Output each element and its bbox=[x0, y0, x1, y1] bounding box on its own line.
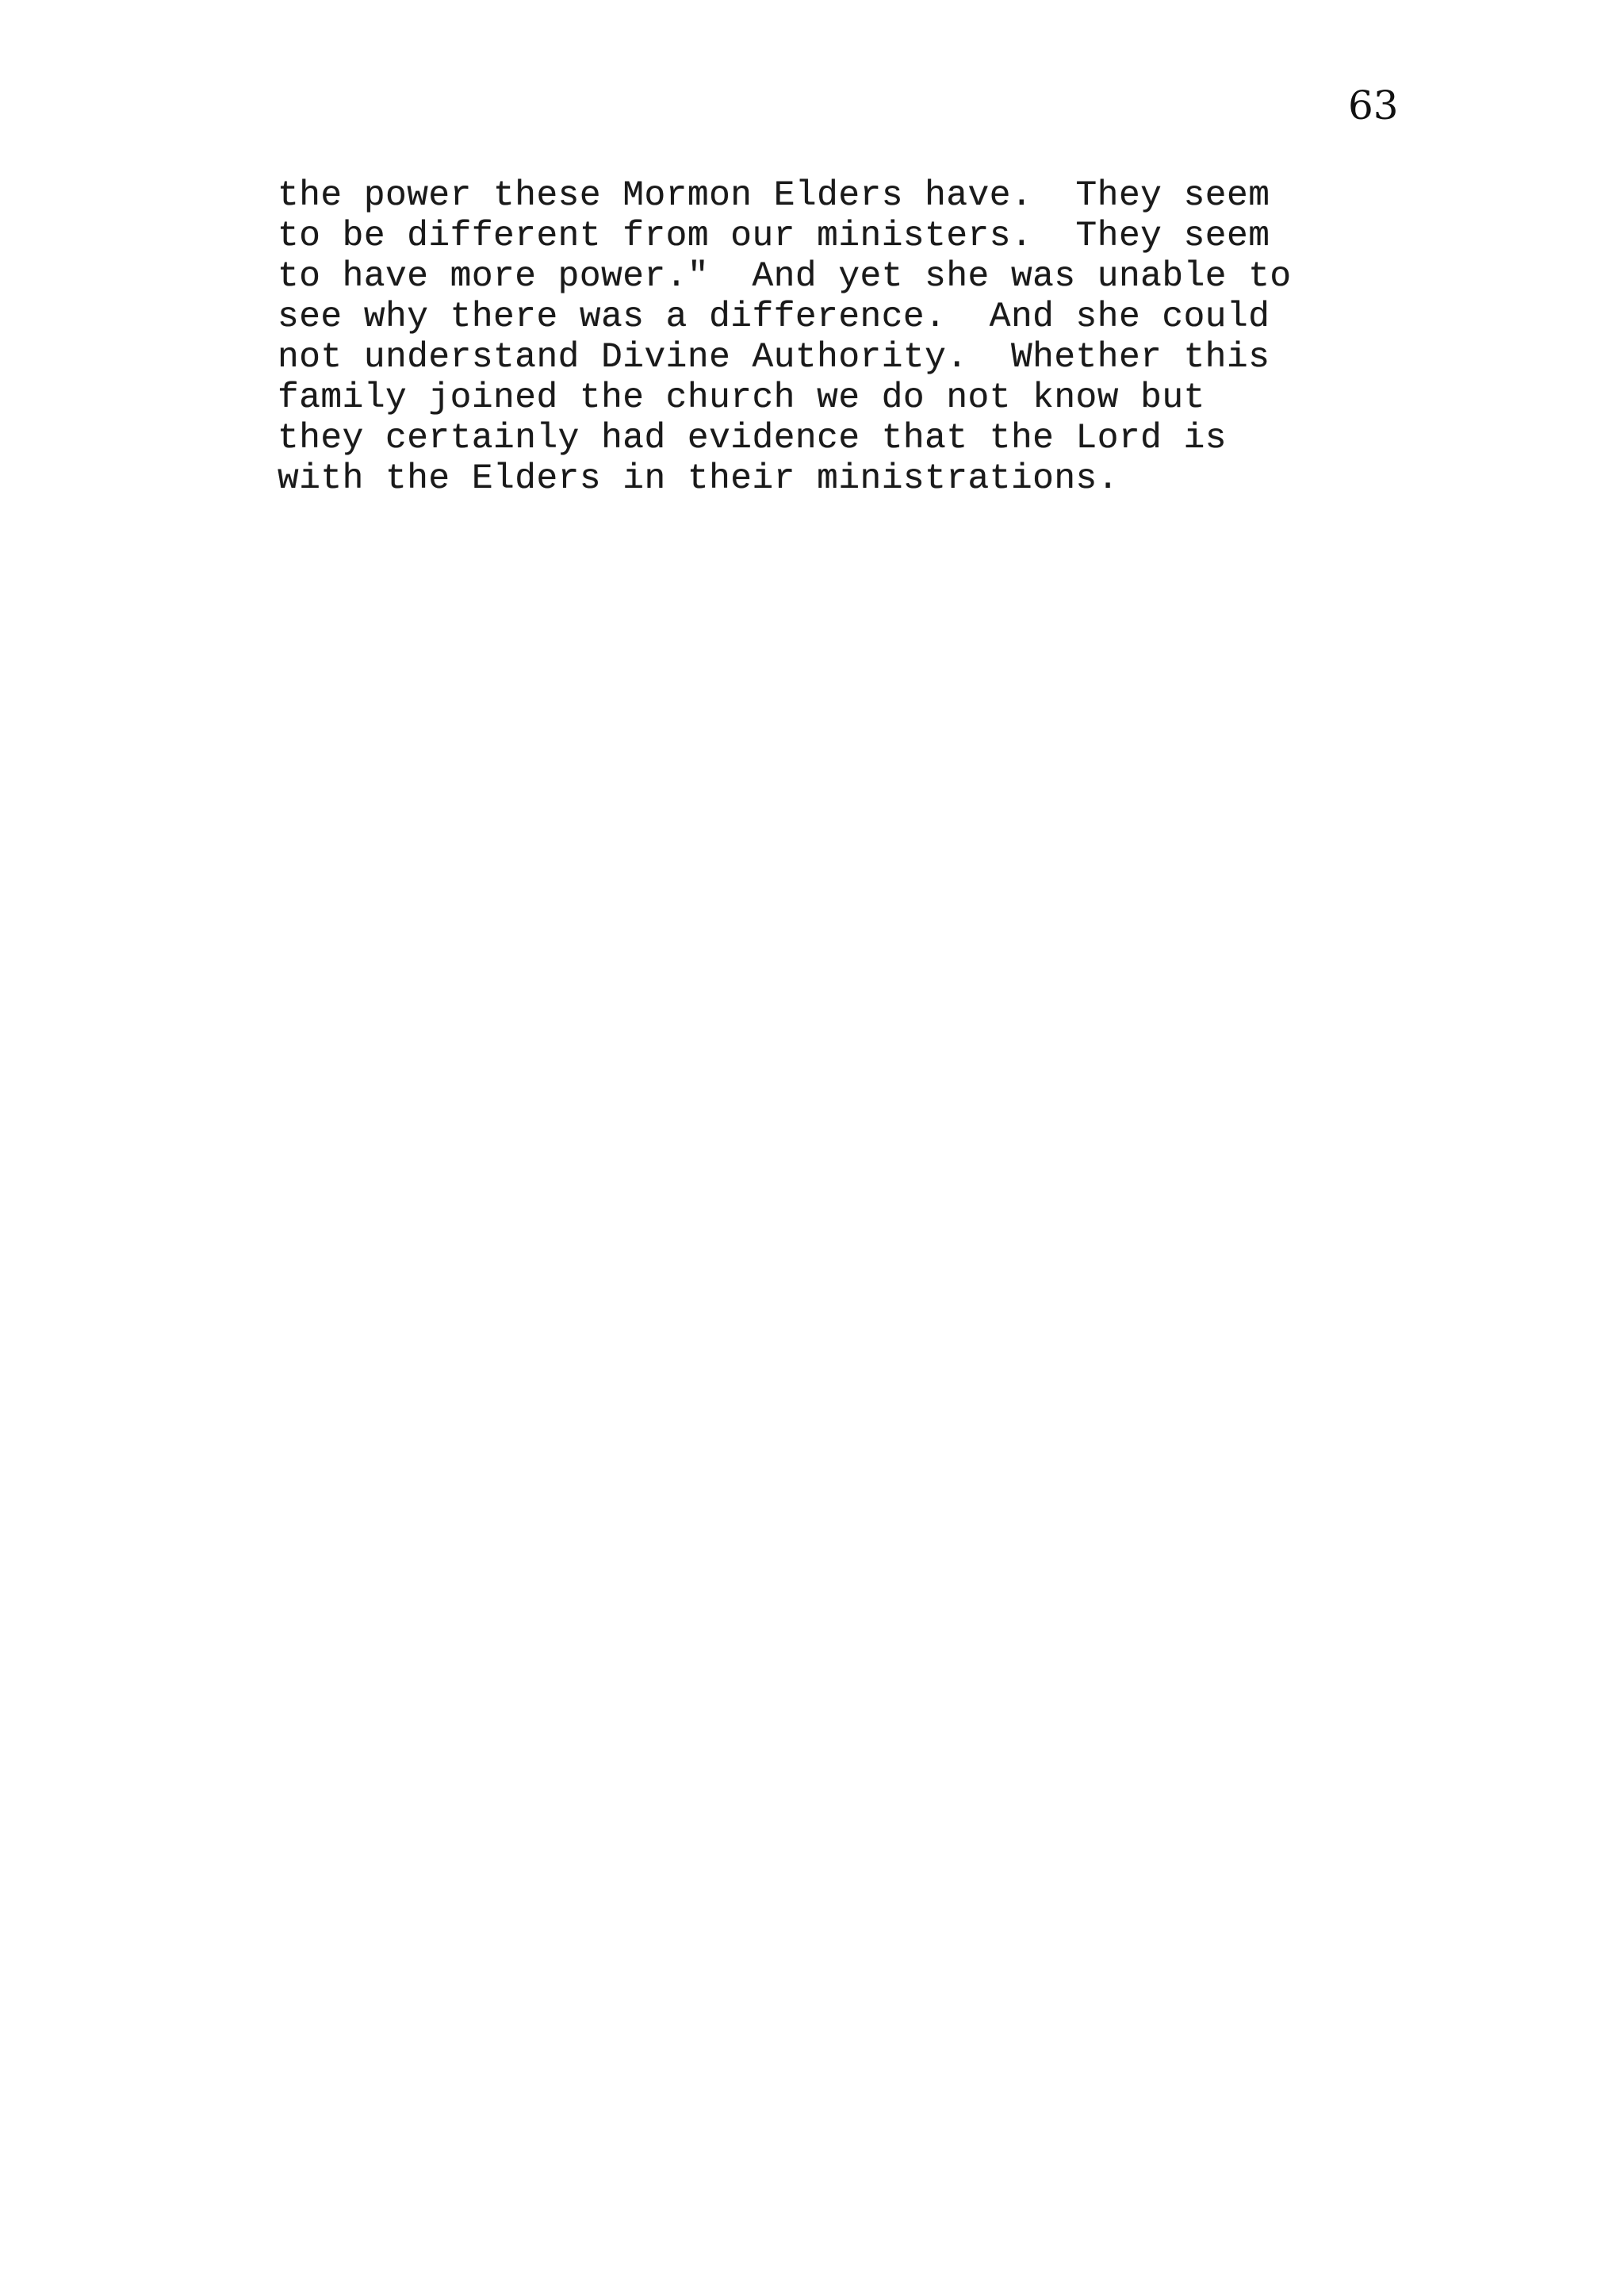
text-line: family joined the church we do not know … bbox=[278, 378, 1292, 419]
text-line: see why there was a difference. And she … bbox=[278, 297, 1292, 338]
text-line: with the Elders in their ministrations. bbox=[278, 459, 1292, 500]
page-number: 63 bbox=[1348, 82, 1399, 128]
text-line: they certainly had evidence that the Lor… bbox=[278, 419, 1292, 459]
text-line: to have more power." And yet she was una… bbox=[278, 257, 1292, 297]
text-line: to be different from our ministers. They… bbox=[278, 217, 1292, 257]
text-line: the power these Mormon Elders have. They… bbox=[278, 176, 1292, 217]
body-text: the power these Mormon Elders have. They… bbox=[278, 176, 1292, 500]
text-line: not understand Divine Authority. Whether… bbox=[278, 338, 1292, 378]
